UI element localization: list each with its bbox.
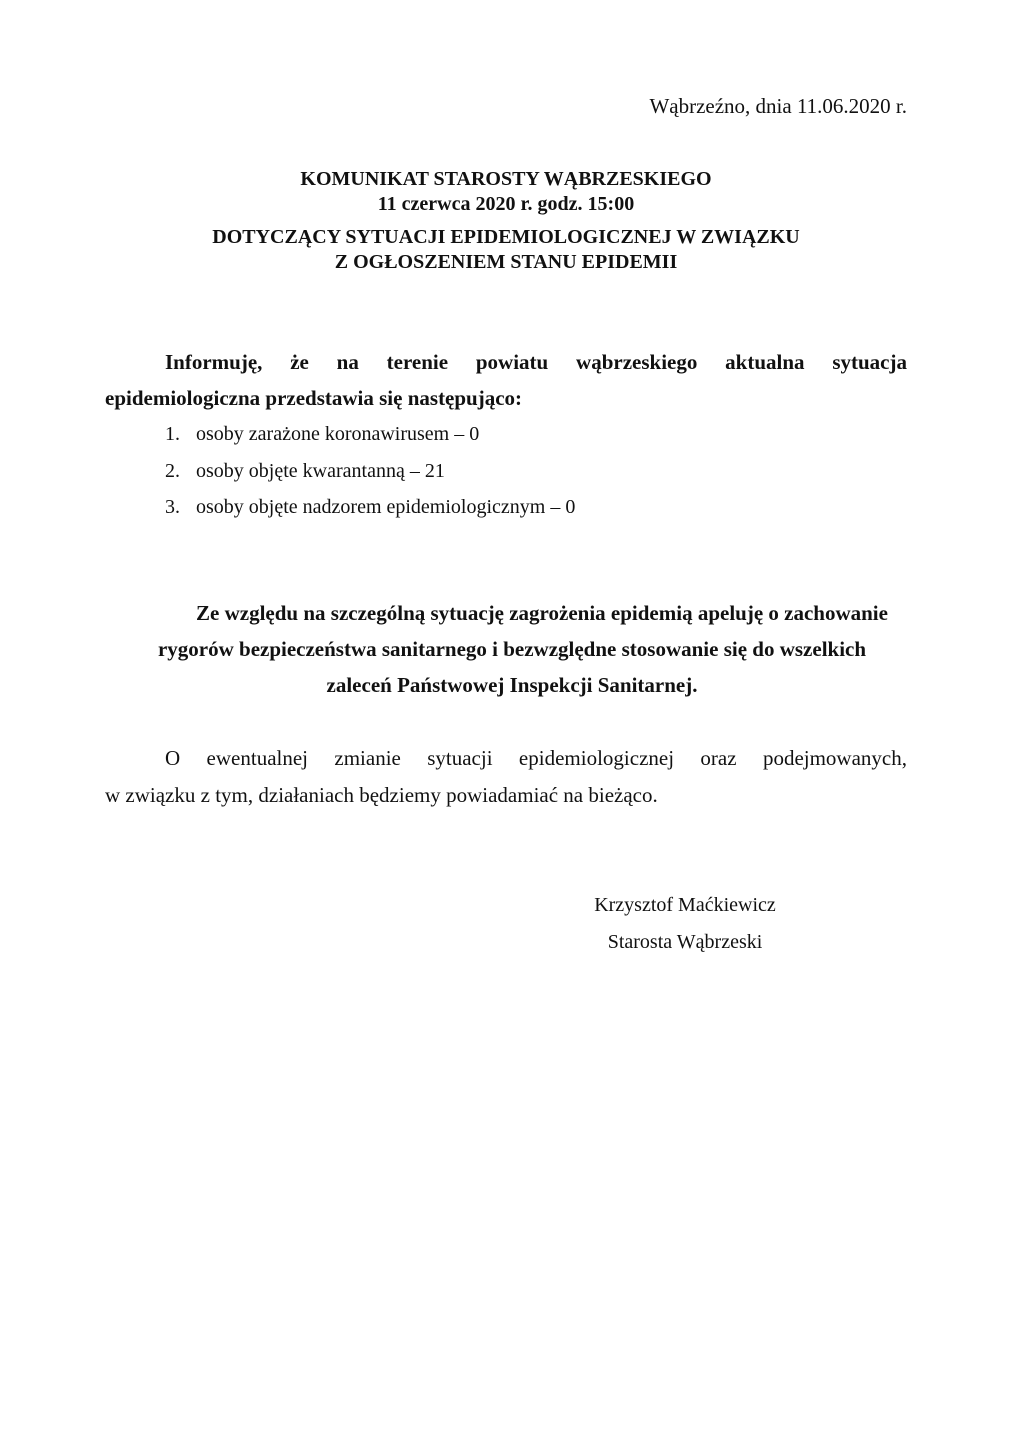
- heading-subject-line2: Z OGŁOSZENIEM STANU EPIDEMII: [105, 250, 907, 275]
- appeal-line3: zaleceń Państwowej Inspekcji Sanitarnej.: [112, 667, 912, 703]
- appeal-line1: Ze względu na szczególną sytuację zagroż…: [112, 595, 912, 631]
- document-heading: KOMUNIKAT STAROSTY WĄBRZESKIEGO 11 czerw…: [105, 167, 907, 275]
- list-item-number: 3.: [165, 489, 196, 526]
- intro-paragraph: Informuję, że na terenie powiatu wąbrzes…: [105, 344, 907, 416]
- statistics-list: 1.osoby zarażone koronawirusem – 0 2.oso…: [165, 416, 575, 526]
- appeal-line2: rygorów bezpieczeństwa sanitarnego i bez…: [112, 631, 912, 667]
- list-item-text: osoby zarażone koronawirusem – 0: [196, 423, 479, 445]
- appeal-paragraph: Ze względu na szczególną sytuację zagroż…: [112, 595, 912, 703]
- signatory-name: Krzysztof Maćkiewicz: [560, 887, 810, 924]
- document-page: Wąbrzeźno, dnia 11.06.2020 r. KOMUNIKAT …: [0, 0, 1016, 1442]
- list-item-number: 1.: [165, 416, 196, 453]
- signature-block: Krzysztof Maćkiewicz Starosta Wąbrzeski: [560, 887, 810, 961]
- closing-line1: O ewentualnej zmianie sytuacji epidemiol…: [105, 740, 907, 777]
- signatory-title: Starosta Wąbrzeski: [560, 924, 810, 961]
- place-and-date: Wąbrzeźno, dnia 11.06.2020 r.: [649, 94, 907, 119]
- heading-datetime: 11 czerwca 2020 r. godz. 15:00: [105, 192, 907, 217]
- list-item-number: 2.: [165, 453, 196, 490]
- heading-title: KOMUNIKAT STAROSTY WĄBRZESKIEGO: [105, 167, 907, 192]
- closing-line2: w związku z tym, działaniach będziemy po…: [105, 777, 907, 814]
- list-item: 2.osoby objęte kwarantanną – 21: [165, 453, 575, 490]
- list-item: 1.osoby zarażone koronawirusem – 0: [165, 416, 575, 453]
- closing-paragraph: O ewentualnej zmianie sytuacji epidemiol…: [105, 740, 907, 814]
- list-item-text: osoby objęte nadzorem epidemiologicznym …: [196, 496, 575, 518]
- list-item: 3.osoby objęte nadzorem epidemiologiczny…: [165, 489, 575, 526]
- heading-subject-line1: DOTYCZĄCY SYTUACJI EPIDEMIOLOGICZNEJ W Z…: [105, 225, 907, 250]
- list-item-text: osoby objęte kwarantanną – 21: [196, 460, 445, 482]
